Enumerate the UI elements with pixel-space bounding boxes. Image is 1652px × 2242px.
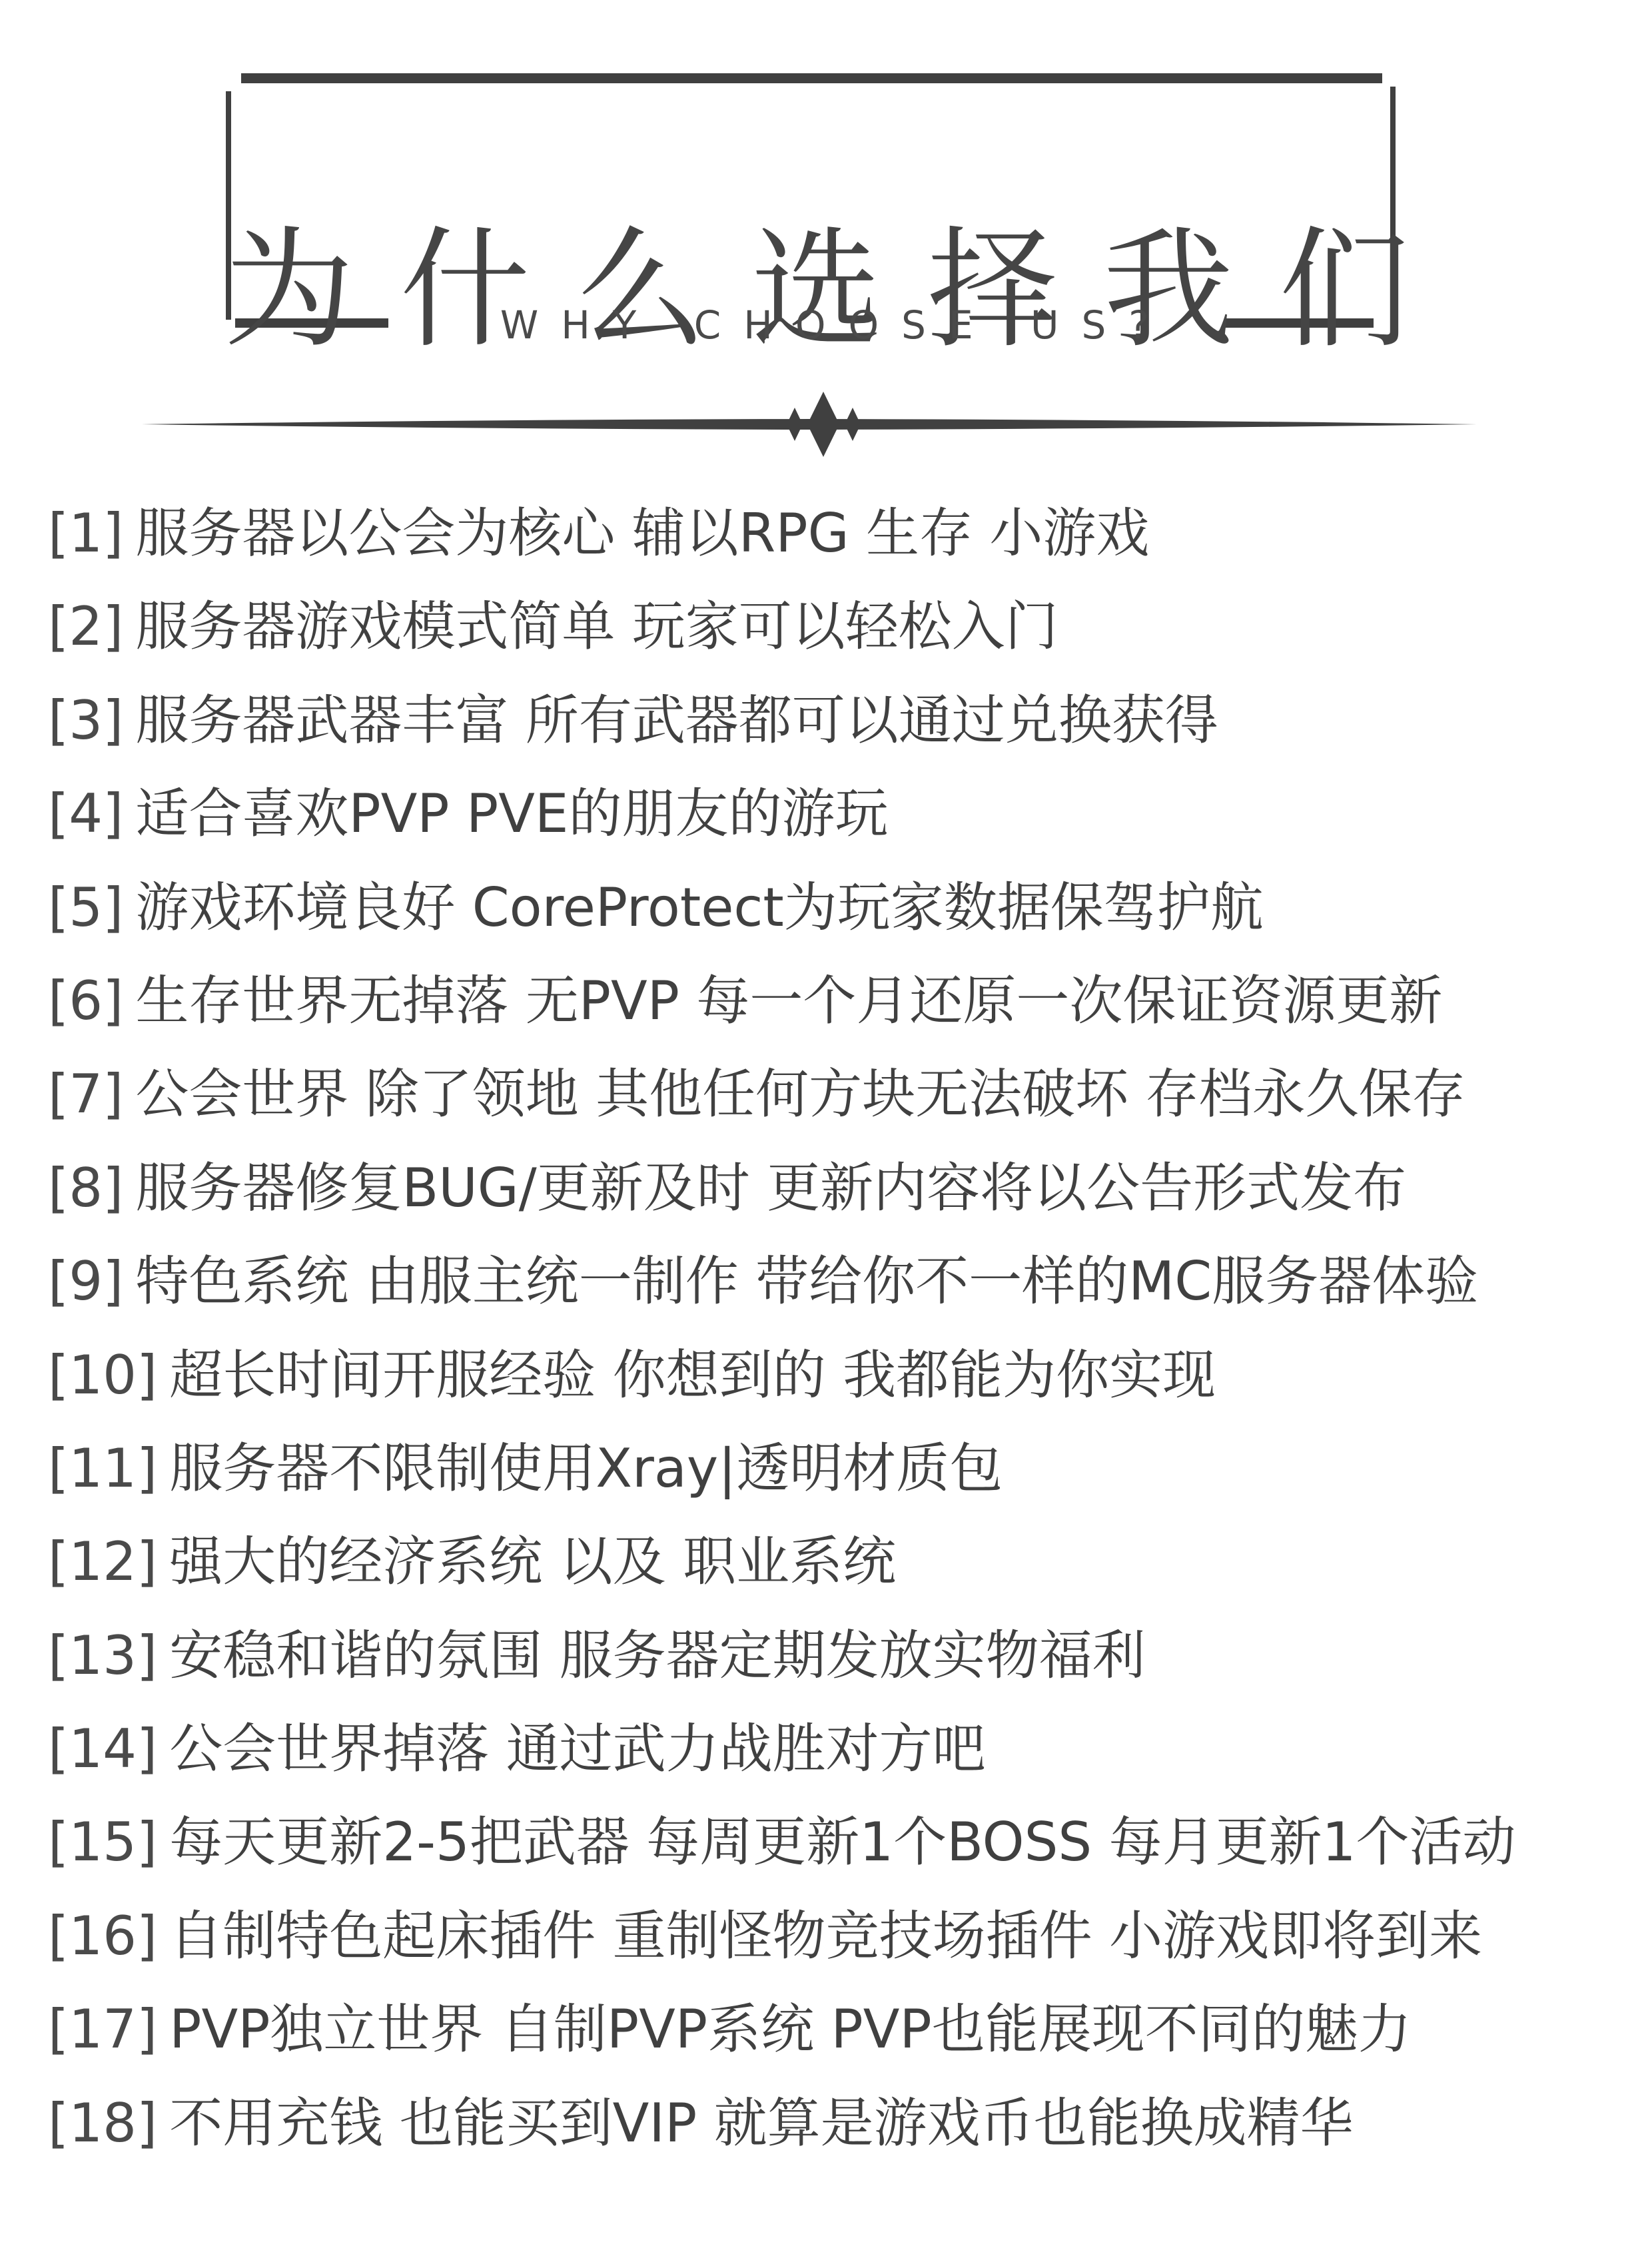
feature-item: [17]PVP独立世界 自制PVP系统 PVP也能展现不同的魅力	[48, 1992, 1516, 2085]
page-subtitle: WHY CHOOSE US?	[0, 303, 1652, 347]
feature-number: [6]	[48, 970, 123, 1032]
feature-text: 服务器修复BUG/更新及时 更新内容将以公告形式发布	[135, 1157, 1406, 1219]
feature-text: 适合喜欢PVP PVE的朋友的游玩	[135, 783, 888, 845]
feature-text: PVP独立世界 自制PVP系统 PVP也能展现不同的魅力	[169, 1998, 1412, 2060]
feature-item: [12]强大的经济系统 以及 职业系统	[48, 1525, 1516, 1618]
feature-text: 服务器武器丰富 所有武器都可以通过兑换获得	[135, 689, 1218, 751]
feature-text: 超长时间开服经验 你想到的 我都能为你实现	[169, 1344, 1216, 1406]
feature-text: 不用充钱 也能买到VIP 就算是游戏币也能换成精华	[169, 2092, 1353, 2154]
feature-number: [8]	[48, 1157, 123, 1219]
feature-text: 服务器以公会为核心 辅以RPG 生存 小游戏	[135, 502, 1149, 564]
feature-list: [1]服务器以公会为核心 辅以RPG 生存 小游戏 [2]服务器游戏模式简单 玩…	[48, 496, 1516, 2179]
feature-text: 服务器游戏模式简单 玩家可以轻松入门	[135, 595, 1058, 657]
feature-text: 安稳和谐的氛围 服务器定期发放实物福利	[169, 1625, 1145, 1686]
feature-number: [17]	[48, 1998, 157, 2060]
feature-item: [10]超长时间开服经验 你想到的 我都能为你实现	[48, 1338, 1516, 1431]
feature-number: [7]	[48, 1063, 123, 1125]
feature-number: [15]	[48, 1811, 157, 1873]
feature-number: [9]	[48, 1250, 123, 1312]
feature-number: [16]	[48, 1905, 157, 1967]
feature-item: [16]自制特色起床插件 重制怪物竞技场插件 小游戏即将到来	[48, 1899, 1516, 1992]
feature-number: [10]	[48, 1344, 157, 1406]
feature-item: [8]服务器修复BUG/更新及时 更新内容将以公告形式发布	[48, 1151, 1516, 1244]
feature-number: [5]	[48, 877, 123, 938]
feature-item: [13]安稳和谐的氛围 服务器定期发放实物福利	[48, 1619, 1516, 1712]
feature-text: 每天更新2-5把武器 每周更新1个BOSS 每月更新1个活动	[169, 1811, 1515, 1873]
feature-text: 特色系统 由服主统一制作 带给你不一样的MC服务器体验	[135, 1250, 1478, 1312]
feature-item: [4]适合喜欢PVP PVE的朋友的游玩	[48, 777, 1516, 870]
feature-item: [6]生存世界无掉落 无PVP 每一个月还原一次保证资源更新	[48, 964, 1516, 1057]
feature-item: [15]每天更新2-5把武器 每周更新1个BOSS 每月更新1个活动	[48, 1805, 1516, 1898]
feature-item: [11]服务器不限制使用Xray|透明材质包	[48, 1431, 1516, 1525]
feature-text: 公会世界 除了领地 其他任何方块无法破坏 存档永久保存	[135, 1063, 1465, 1125]
feature-text: 游戏环境良好 CoreProtect为玩家数据保驾护航	[135, 877, 1263, 938]
feature-number: [12]	[48, 1531, 157, 1593]
feature-item: [14]公会世界掉落 通过武力战胜对方吧	[48, 1712, 1516, 1805]
feature-text: 服务器不限制使用Xray|透明材质包	[169, 1437, 1003, 1499]
diamond-divider-icon	[137, 386, 1482, 463]
feature-number: [3]	[48, 689, 123, 751]
feature-item: [9]特色系统 由服主统一制作 带给你不一样的MC服务器体验	[48, 1244, 1516, 1337]
feature-number: [11]	[48, 1437, 157, 1499]
feature-text: 生存世界无掉落 无PVP 每一个月还原一次保证资源更新	[135, 970, 1442, 1032]
feature-item: [18]不用充钱 也能买到VIP 就算是游戏币也能换成精华	[48, 2086, 1516, 2179]
feature-item: [3]服务器武器丰富 所有武器都可以通过兑换获得	[48, 683, 1516, 777]
feature-number: [18]	[48, 2092, 157, 2154]
feature-item: [5]游戏环境良好 CoreProtect为玩家数据保驾护航	[48, 871, 1516, 964]
feature-number: [1]	[48, 502, 123, 564]
feature-text: 公会世界掉落 通过武力战胜对方吧	[169, 1718, 985, 1780]
feature-item: [2]服务器游戏模式简单 玩家可以轻松入门	[48, 589, 1516, 683]
feature-number: [4]	[48, 783, 123, 845]
feature-number: [2]	[48, 595, 123, 657]
frame-top-bar	[241, 73, 1382, 83]
feature-number: [14]	[48, 1718, 157, 1780]
feature-item: [7]公会世界 除了领地 其他任何方块无法破坏 存档永久保存	[48, 1057, 1516, 1150]
feature-item: [1]服务器以公会为核心 辅以RPG 生存 小游戏	[48, 496, 1516, 589]
feature-number: [13]	[48, 1625, 157, 1686]
feature-text: 强大的经济系统 以及 职业系统	[169, 1531, 896, 1593]
feature-text: 自制特色起床插件 重制怪物竞技场插件 小游戏即将到来	[169, 1905, 1482, 1967]
